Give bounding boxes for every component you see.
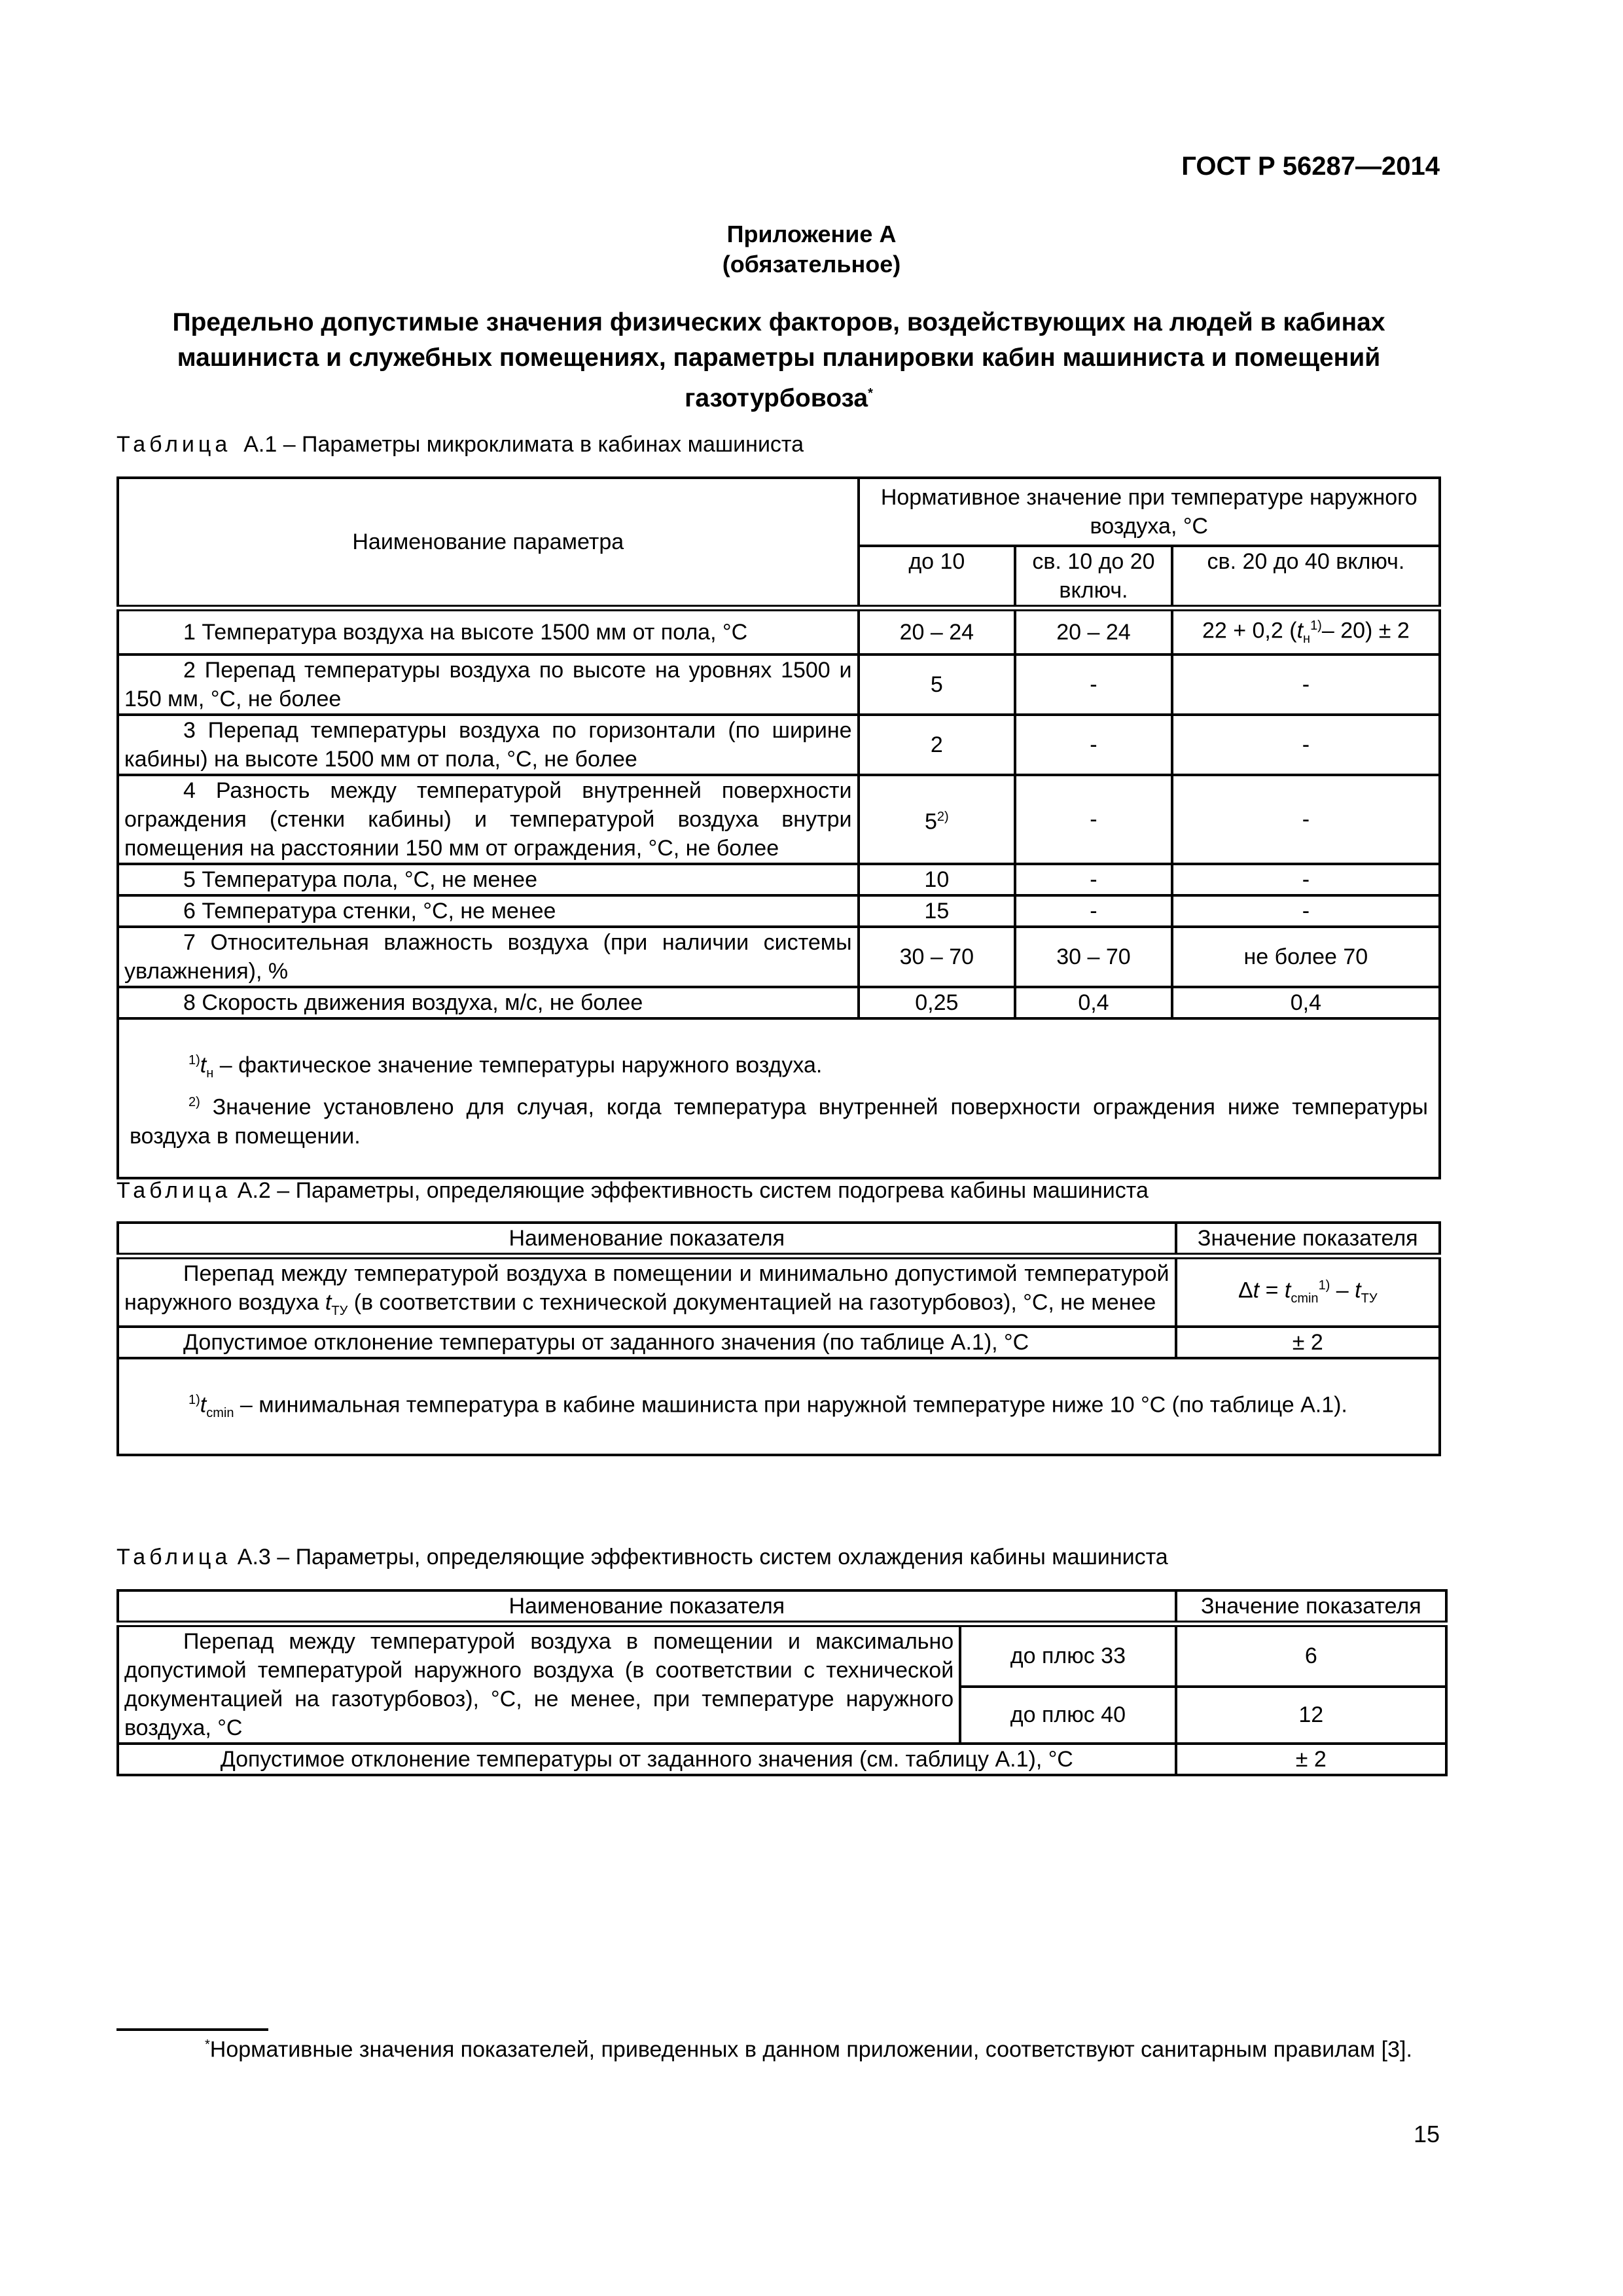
table-a1: Наименование параметра Нормативное значе… bbox=[116, 476, 1441, 1179]
indicator-text: (в соответствии с технической документац… bbox=[348, 1290, 1156, 1315]
value-10-to-20: - bbox=[1015, 895, 1172, 927]
note-mark: 2) bbox=[188, 1095, 200, 1109]
appendix-heading-text: Предельно допустимые значения физических… bbox=[172, 308, 1385, 412]
note-text: Значение установлено для случая, когда т… bbox=[130, 1095, 1428, 1149]
table-row: 6 Температура стенки, °С, не менее 15 - … bbox=[118, 895, 1440, 927]
header-indicator-value: Значение показателя bbox=[1176, 1223, 1440, 1256]
table-row: 1 Температура воздуха на высоте 1500 мм … bbox=[118, 608, 1440, 655]
param-name: 1 Температура воздуха на высоте 1500 мм … bbox=[118, 608, 859, 655]
formula-equals: = bbox=[1259, 1278, 1285, 1303]
table-note: 2) Значение установлено для случая, когд… bbox=[130, 1088, 1428, 1150]
header-up-to-10: до 10 bbox=[859, 546, 1016, 608]
table-a1-caption: Таблица А.1 – Параметры микроклимата в к… bbox=[116, 432, 804, 457]
header-10-to-20: св. 10 до 20 включ. bbox=[1015, 546, 1172, 608]
table-a2-notes: 1)tcmin – минимальная температура в каби… bbox=[118, 1358, 1440, 1455]
header-indicator-name: Наименование показателя bbox=[118, 1223, 1176, 1256]
indicator-value: 6 bbox=[1176, 1624, 1446, 1687]
value-20-to-40: 22 + 0,2 (tн1)– 20) ± 2 bbox=[1172, 608, 1440, 655]
table-a2-header-row: Наименование показателя Значение показат… bbox=[118, 1223, 1440, 1256]
table-a2-caption: Таблица А.2 – Параметры, определяющие эф… bbox=[116, 1178, 1149, 1204]
heading-footnote-mark: * bbox=[868, 386, 873, 401]
table-a3-caption: Таблица А.3 – Параметры, определяющие эф… bbox=[116, 1545, 1168, 1570]
value-10-to-20: 30 – 70 bbox=[1015, 927, 1172, 987]
table-a2: Наименование показателя Значение показат… bbox=[116, 1221, 1441, 1456]
value-10-to-20: - bbox=[1015, 864, 1172, 895]
footnote-text: Нормативные значения показателей, привед… bbox=[210, 2037, 1412, 2062]
param-name: 7 Относительная влажность воздуха (при н… bbox=[118, 927, 859, 987]
param-name: 8 Скорость движения воздуха, м/с, не бол… bbox=[118, 987, 859, 1018]
value-10-to-20: - bbox=[1015, 775, 1172, 864]
table-a1-notes: 1)tн – фактическое значение температуры … bbox=[118, 1018, 1440, 1177]
indicator-value-formula: Δt = tcmin1) – tТУ bbox=[1176, 1256, 1440, 1327]
appendix-status: (обязательное) bbox=[0, 249, 1623, 280]
caption-prefix: Таблица bbox=[116, 1178, 231, 1203]
note-text: – фактическое значение температуры наруж… bbox=[213, 1052, 822, 1077]
indicator-condition: до плюс 40 bbox=[960, 1687, 1175, 1744]
appendix-title: Приложение А bbox=[0, 219, 1623, 250]
value-10-to-20: - bbox=[1015, 715, 1172, 775]
footnote-ref: 2) bbox=[937, 810, 949, 824]
header-param: Наименование параметра bbox=[118, 478, 859, 608]
value-up-to-10: 30 – 70 bbox=[859, 927, 1016, 987]
table-row: 2 Перепад температуры воздуха по высоте … bbox=[118, 655, 1440, 715]
table-row: Допустимое отклонение температуры от зад… bbox=[118, 1744, 1446, 1775]
indicator-name: Допустимое отклонение температуры от зад… bbox=[118, 1744, 1176, 1775]
note-subscript: cmin bbox=[206, 1406, 234, 1420]
formula-subscript: ТУ bbox=[1361, 1291, 1378, 1306]
value-20-to-40: не более 70 bbox=[1172, 927, 1440, 987]
table-note: 1)tcmin – минимальная температура в каби… bbox=[130, 1386, 1428, 1427]
value-20-to-40: - bbox=[1172, 864, 1440, 895]
value-up-to-10: 52) bbox=[859, 775, 1016, 864]
table-row: 5 Температура пола, °С, не менее 10 - - bbox=[118, 864, 1440, 895]
footnote-ref: 1) bbox=[1310, 619, 1322, 633]
caption-text: А.1 – Параметры микроклимата в кабинах м… bbox=[243, 432, 804, 457]
param-name: 5 Температура пола, °С, не менее bbox=[118, 864, 859, 895]
formula-minus: – bbox=[1330, 1278, 1355, 1303]
value-10-to-20: 20 – 24 bbox=[1015, 608, 1172, 655]
table-row: Перепад между температурой воздуха в пом… bbox=[118, 1256, 1440, 1327]
delta-symbol: Δ bbox=[1238, 1278, 1253, 1303]
header-indicator-value: Значение показателя bbox=[1176, 1590, 1446, 1624]
value-up-to-10: 20 – 24 bbox=[859, 608, 1016, 655]
formula-subscript: cmin bbox=[1291, 1291, 1318, 1306]
table-row: 8 Скорость движения воздуха, м/с, не бол… bbox=[118, 987, 1440, 1018]
value-20-to-40: - bbox=[1172, 775, 1440, 864]
table-row: Допустимое отклонение температуры от зад… bbox=[118, 1327, 1440, 1358]
table-row: 7 Относительная влажность воздуха (при н… bbox=[118, 927, 1440, 987]
indicator-condition: до плюс 33 bbox=[960, 1624, 1175, 1687]
value-up-to-10: 15 bbox=[859, 895, 1016, 927]
indicator-name: Перепад между температурой воздуха в пом… bbox=[118, 1256, 1176, 1327]
value-20-to-40: 0,4 bbox=[1172, 987, 1440, 1018]
table-row: 3 Перепад температуры воздуха по горизон… bbox=[118, 715, 1440, 775]
document-code: ГОСТ Р 56287—2014 bbox=[1181, 152, 1440, 181]
indicator-value: ± 2 bbox=[1176, 1327, 1440, 1358]
caption-prefix: Таблица bbox=[116, 1545, 231, 1570]
table-note: 1)tн – фактическое значение температуры … bbox=[130, 1046, 1428, 1088]
caption-text: А.3 – Параметры, определяющие эффективно… bbox=[238, 1545, 1168, 1570]
table-a3: Наименование показателя Значение показат… bbox=[116, 1589, 1448, 1776]
formula-symbol: t bbox=[1253, 1278, 1259, 1303]
table-row: 4 Разность между температурой внутренней… bbox=[118, 775, 1440, 864]
value-up-to-10: 5 bbox=[859, 655, 1016, 715]
note-mark: 1) bbox=[188, 1053, 200, 1067]
param-name: 6 Температура стенки, °С, не менее bbox=[118, 895, 859, 927]
formula-subscript: н bbox=[1303, 632, 1310, 646]
param-name: 3 Перепад температуры воздуха по горизон… bbox=[118, 715, 859, 775]
param-name: 4 Разность между температурой внутренней… bbox=[118, 775, 859, 864]
formula-symbol: t bbox=[1297, 618, 1303, 643]
indicator-value: ± 2 bbox=[1176, 1744, 1446, 1775]
page-footnote: *Нормативные значения показателей, приве… bbox=[116, 2029, 1441, 2065]
caption-prefix: Таблица bbox=[116, 432, 231, 457]
value-20-to-40: - bbox=[1172, 715, 1440, 775]
footnote-mark: * bbox=[205, 2037, 210, 2052]
table-a2-notes-row: 1)tcmin – минимальная температура в каби… bbox=[118, 1358, 1440, 1455]
formula-symbol: t bbox=[1285, 1278, 1291, 1303]
indicator-name: Перепад между температурой воздуха в пом… bbox=[118, 1624, 960, 1744]
formula-part: – 20) ± 2 bbox=[1322, 618, 1410, 643]
header-20-to-40: св. 20 до 40 включ. bbox=[1172, 546, 1440, 608]
note-mark: 1) bbox=[188, 1393, 200, 1407]
page-number: 15 bbox=[1414, 2121, 1440, 2148]
param-name: 2 Перепад температуры воздуха по высоте … bbox=[118, 655, 859, 715]
table-a1-notes-row: 1)tн – фактическое значение температуры … bbox=[118, 1018, 1440, 1177]
value-20-to-40: - bbox=[1172, 655, 1440, 715]
footnote-ref: 1) bbox=[1319, 1278, 1330, 1293]
caption-text: А.2 – Параметры, определяющие эффективно… bbox=[238, 1178, 1149, 1203]
appendix-heading: Предельно допустимые значения физических… bbox=[116, 305, 1441, 416]
value-20-to-40: - bbox=[1172, 895, 1440, 927]
note-symbol: t bbox=[200, 1392, 206, 1417]
value-up-to-10: 10 bbox=[859, 864, 1016, 895]
indicator-symbol: t bbox=[325, 1290, 331, 1315]
header-indicator-name: Наименование показателя bbox=[118, 1590, 1176, 1624]
note-symbol: t bbox=[200, 1052, 206, 1077]
table-a3-header-row: Наименование показателя Значение показат… bbox=[118, 1590, 1446, 1624]
formula-symbol: t bbox=[1355, 1278, 1361, 1303]
indicator-name: Допустимое отклонение температуры от зад… bbox=[118, 1327, 1176, 1358]
value-up-to-10: 0,25 bbox=[859, 987, 1016, 1018]
note-text: – минимальная температура в кабине машин… bbox=[234, 1392, 1347, 1417]
note-subscript: н bbox=[206, 1066, 213, 1081]
value-number: 5 bbox=[925, 810, 937, 834]
indicator-value: 12 bbox=[1176, 1687, 1446, 1744]
value-up-to-10: 2 bbox=[859, 715, 1016, 775]
formula-part: 22 + 0,2 ( bbox=[1202, 618, 1297, 643]
indicator-subscript: ТУ bbox=[331, 1304, 348, 1318]
table-row: Перепад между температурой воздуха в пом… bbox=[118, 1624, 1446, 1687]
table-a1-header-row: Наименование параметра Нормативное значе… bbox=[118, 478, 1440, 546]
value-10-to-20: - bbox=[1015, 655, 1172, 715]
value-10-to-20: 0,4 bbox=[1015, 987, 1172, 1018]
header-normative-group: Нормативное значение при температуре нар… bbox=[859, 478, 1440, 546]
